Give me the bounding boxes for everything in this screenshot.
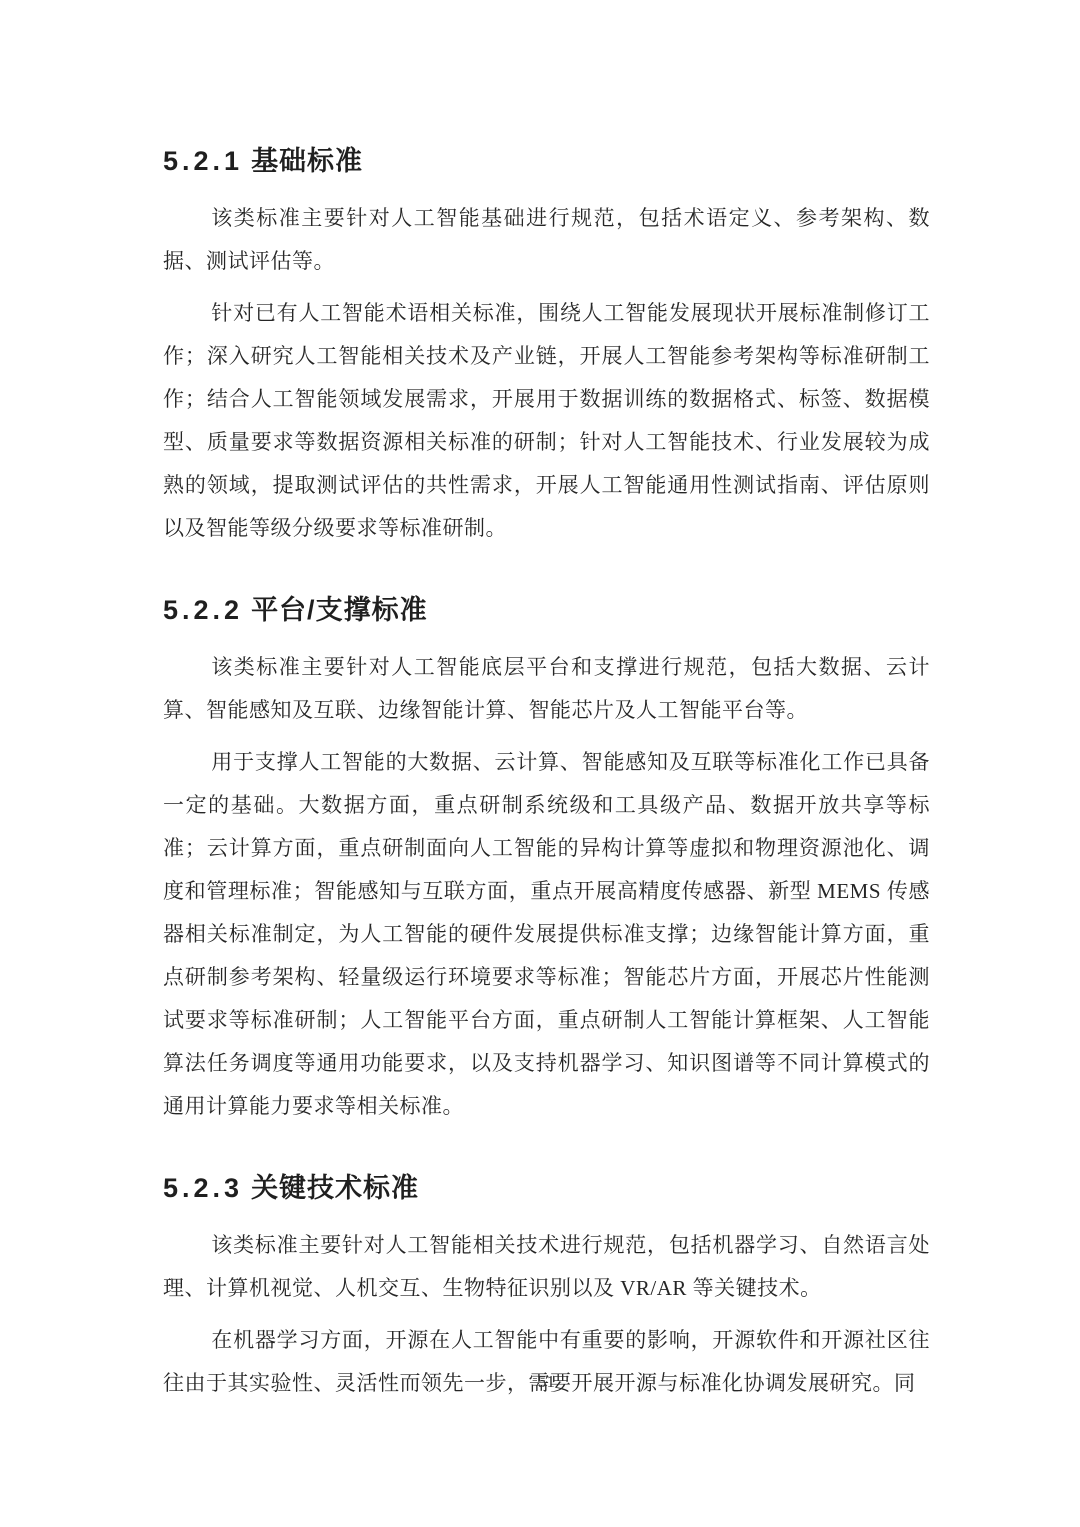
document-page: 5.2.1基础标准 该类标准主要针对人工智能基础进行规范，包括术语定义、参考架构… — [0, 0, 1080, 1527]
section-number: 5.2.1 — [163, 146, 243, 176]
section-number: 5.2.2 — [163, 595, 243, 625]
section-heading: 5.2.1基础标准 — [163, 143, 930, 179]
paragraph: 该类标准主要针对人工智能相关技术进行规范，包括机器学习、自然语言处理、计算机视觉… — [163, 1224, 930, 1310]
paragraph: 针对已有人工智能术语相关标准，围绕人工智能发展现状开展标准制修订工作；深入研究人… — [163, 292, 930, 550]
section-5-2-3: 5.2.3关键技术标准 该类标准主要针对人工智能相关技术进行规范，包括机器学习、… — [163, 1170, 930, 1405]
section-heading: 5.2.2平台/支撑标准 — [163, 592, 930, 628]
section-title: 平台/支撑标准 — [251, 595, 428, 625]
paragraph: 用于支撑人工智能的大数据、云计算、智能感知及互联等标准化工作已具备一定的基础。大… — [163, 741, 930, 1128]
paragraph: 该类标准主要针对人工智能基础进行规范，包括术语定义、参考架构、数据、测试评估等。 — [163, 197, 930, 283]
section-title: 关键技术标准 — [251, 1173, 419, 1203]
section-title: 基础标准 — [251, 146, 363, 176]
section-number: 5.2.3 — [163, 1173, 243, 1203]
paragraph: 在机器学习方面，开源在人工智能中有重要的影响，开源软件和开源社区往往由于其实验性… — [163, 1319, 930, 1405]
paragraph: 该类标准主要针对人工智能底层平台和支撑进行规范，包括大数据、云计算、智能感知及互… — [163, 646, 930, 732]
section-heading: 5.2.3关键技术标准 — [163, 1170, 930, 1206]
page-number: 51 — [163, 1372, 930, 1392]
section-5-2-1: 5.2.1基础标准 该类标准主要针对人工智能基础进行规范，包括术语定义、参考架构… — [163, 143, 930, 550]
section-5-2-2: 5.2.2平台/支撑标准 该类标准主要针对人工智能底层平台和支撑进行规范，包括大… — [163, 592, 930, 1128]
